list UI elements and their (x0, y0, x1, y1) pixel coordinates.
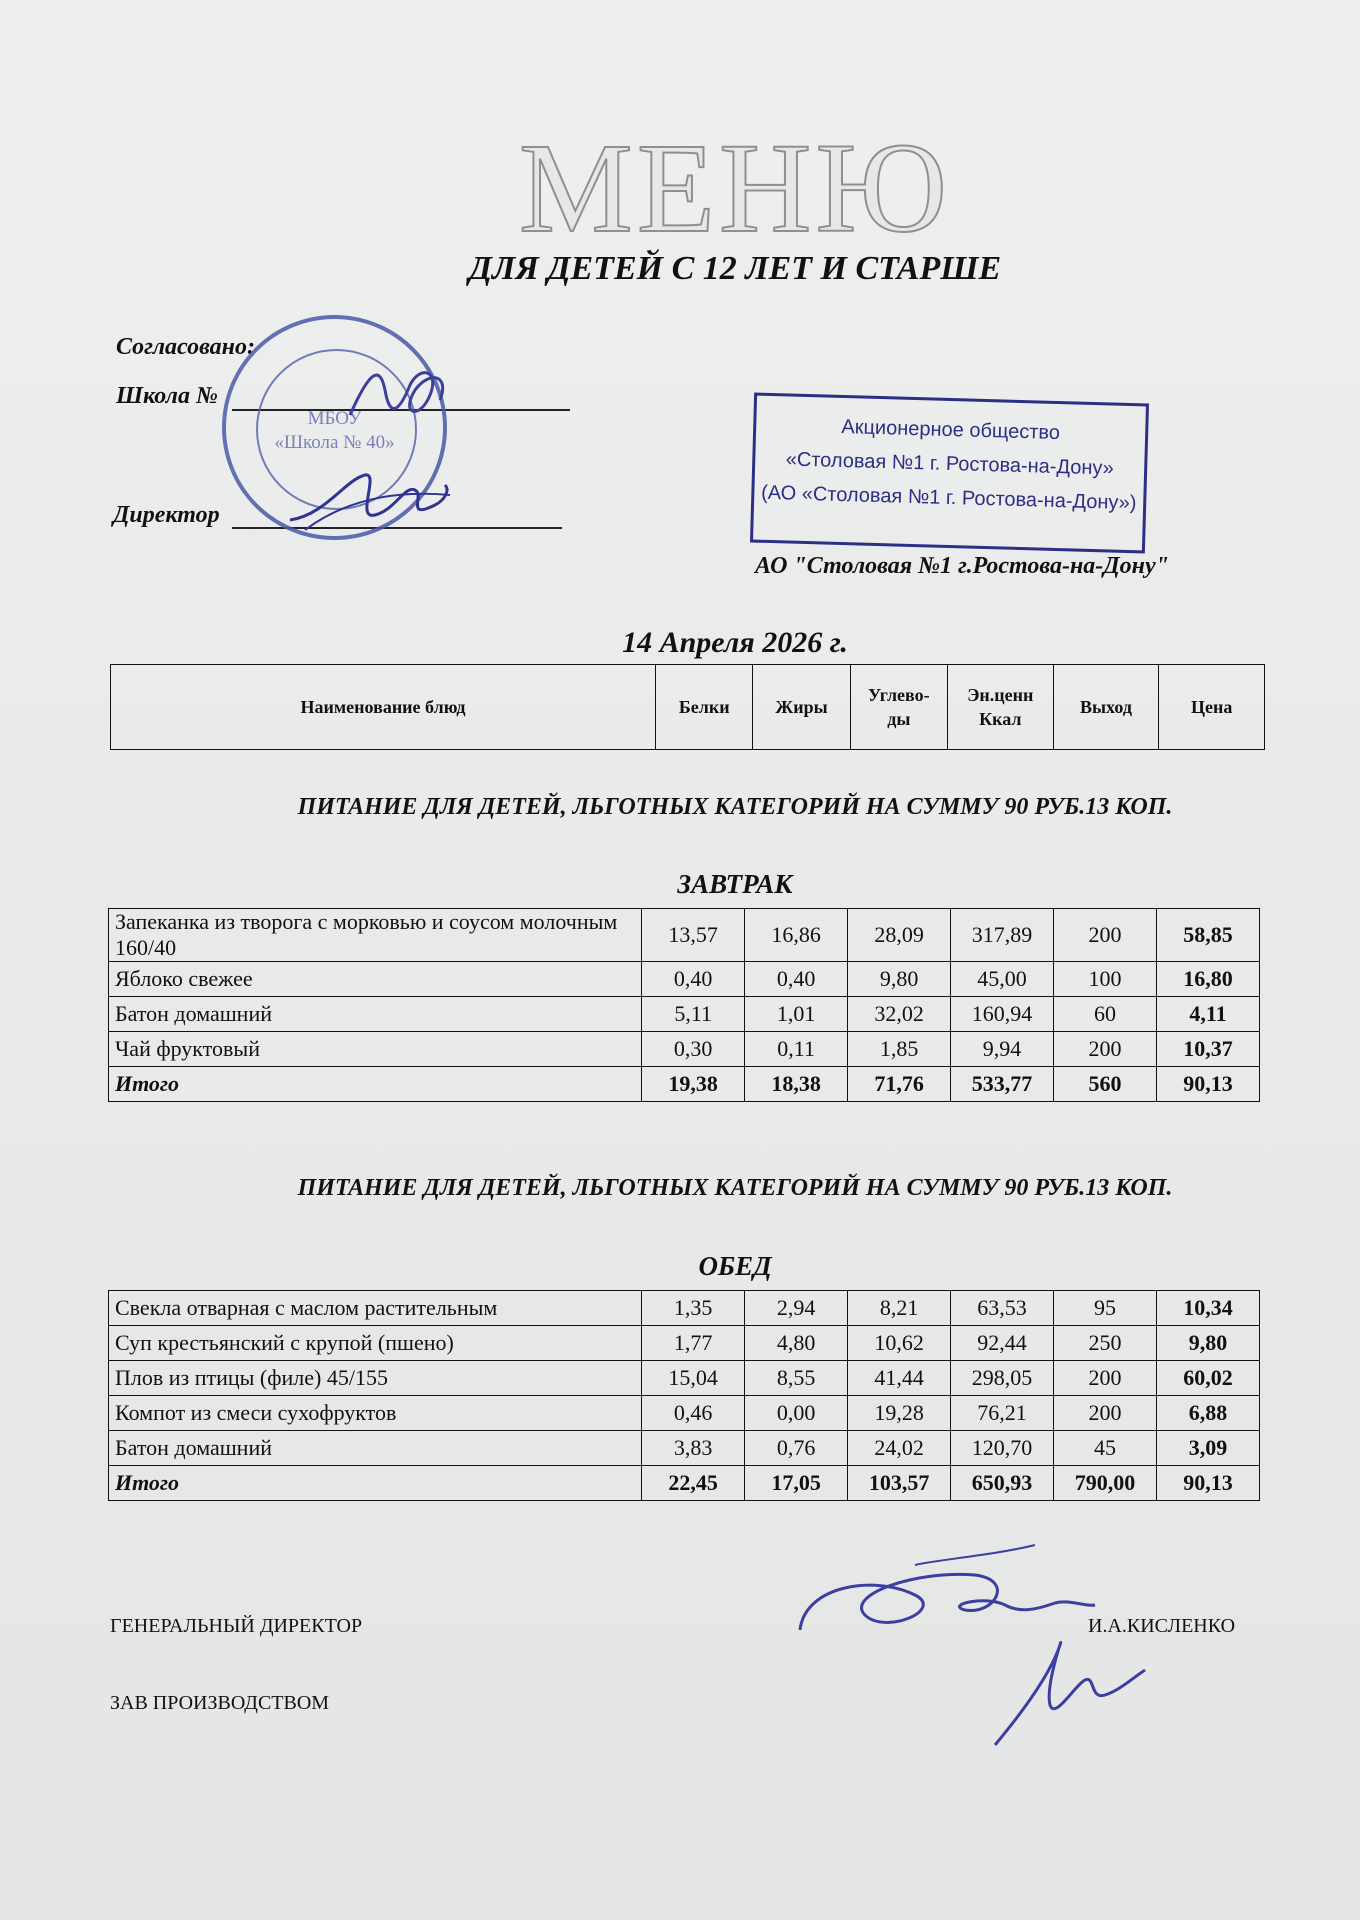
cell-fat: 16,86 (745, 909, 848, 962)
school-signature-icon (340, 360, 460, 430)
col-kcal: Эн.ценн Ккал (947, 665, 1053, 750)
cell-fat: 4,80 (745, 1326, 848, 1361)
cell-price: 90,13 (1156, 1466, 1259, 1501)
cell-yield: 200 (1054, 1396, 1157, 1431)
dish-name: Суп крестьянский с крупой (пшено) (109, 1326, 642, 1361)
total-label: Итого (109, 1466, 642, 1501)
cell-kcal: 533,77 (951, 1067, 1054, 1102)
cell-protein: 0,40 (642, 962, 745, 997)
cell-price: 90,13 (1156, 1067, 1259, 1102)
menu-title: МЕНЮ (0, 115, 1360, 262)
column-header-table: Наименование блюд Белки Жиры Углево-ды Э… (110, 664, 1265, 750)
dish-name: Плов из птицы (филе) 45/155 (109, 1361, 642, 1396)
cell-fat: 0,40 (745, 962, 848, 997)
cell-yield: 200 (1054, 909, 1157, 962)
dish-name: Запеканка из творога с морковью и соусом… (109, 909, 642, 962)
cell-yield: 250 (1054, 1326, 1157, 1361)
cell-fat: 1,01 (745, 997, 848, 1032)
director-label: Директор (113, 502, 220, 529)
cell-yield: 60 (1054, 997, 1157, 1032)
total-row: Итого22,4517,05103,57650,93790,0090,13 (109, 1466, 1260, 1501)
total-row: Итого19,3818,3871,76533,7756090,13 (109, 1067, 1260, 1102)
cell-carbs: 9,80 (848, 962, 951, 997)
school-label: Школа № (116, 383, 218, 410)
cell-carbs: 10,62 (848, 1326, 951, 1361)
cell-yield: 790,00 (1054, 1466, 1157, 1501)
cell-carbs: 41,44 (848, 1361, 951, 1396)
table-row: Свекла отварная с маслом растительным1,3… (109, 1291, 1260, 1326)
table-row: Батон домашний5,111,0132,02160,94604,11 (109, 997, 1260, 1032)
table-row: Компот из смеси сухофруктов0,460,0019,28… (109, 1396, 1260, 1431)
cell-kcal: 298,05 (951, 1361, 1054, 1396)
col-fat: Жиры (753, 665, 850, 750)
cell-kcal: 63,53 (951, 1291, 1054, 1326)
cell-protein: 1,35 (642, 1291, 745, 1326)
col-price: Цена (1159, 665, 1265, 750)
cell-kcal: 45,00 (951, 962, 1054, 997)
table-row: Запеканка из творога с морковью и соусом… (109, 909, 1260, 962)
cell-kcal: 650,93 (951, 1466, 1054, 1501)
cell-fat: 17,05 (745, 1466, 848, 1501)
cell-fat: 0,00 (745, 1396, 848, 1431)
cell-fat: 0,76 (745, 1431, 848, 1466)
lunch-title: ОБЕД (0, 1251, 1360, 1282)
dish-name: Чай фруктовый (109, 1032, 642, 1067)
cell-protein: 5,11 (642, 997, 745, 1032)
breakfast-category-title: ПИТАНИЕ ДЛЯ ДЕТЕЙ, ЛЬГОТНЫХ КАТЕГОРИЙ НА… (0, 794, 1360, 821)
cell-price: 10,37 (1156, 1032, 1259, 1067)
cell-price: 16,80 (1156, 962, 1259, 997)
cell-carbs: 103,57 (848, 1466, 951, 1501)
cell-price: 6,88 (1156, 1396, 1259, 1431)
cell-protein: 15,04 (642, 1361, 745, 1396)
cell-kcal: 317,89 (951, 909, 1054, 962)
cell-protein: 1,77 (642, 1326, 745, 1361)
dish-name: Батон домашний (109, 1431, 642, 1466)
general-director-label: ГЕНЕРАЛЬНЫЙ ДИРЕКТОР (110, 1615, 362, 1638)
table-row: Яблоко свежее0,400,409,8045,0010016,80 (109, 962, 1260, 997)
dish-name: Яблоко свежее (109, 962, 642, 997)
table-row: Суп крестьянский с крупой (пшено)1,774,8… (109, 1326, 1260, 1361)
cell-protein: 0,46 (642, 1396, 745, 1431)
col-yield: Выход (1053, 665, 1159, 750)
cell-price: 4,11 (1156, 997, 1259, 1032)
cell-price: 10,34 (1156, 1291, 1259, 1326)
cell-yield: 560 (1054, 1067, 1157, 1102)
table-row: Батон домашний3,830,7624,02120,70453,09 (109, 1431, 1260, 1466)
cell-fat: 2,94 (745, 1291, 848, 1326)
dish-name: Свекла отварная с маслом растительным (109, 1291, 642, 1326)
cell-price: 9,80 (1156, 1326, 1259, 1361)
cell-protein: 0,30 (642, 1032, 745, 1067)
col-carbs: Углево-ды (850, 665, 947, 750)
cell-carbs: 28,09 (848, 909, 951, 962)
company-name: АО "Столовая №1 г.Ростова-на-Дону" (755, 553, 1169, 580)
cell-price: 60,02 (1156, 1361, 1259, 1396)
cell-fat: 18,38 (745, 1067, 848, 1102)
cell-kcal: 120,70 (951, 1431, 1054, 1466)
cell-protein: 19,38 (642, 1067, 745, 1102)
cell-yield: 95 (1054, 1291, 1157, 1326)
cell-carbs: 24,02 (848, 1431, 951, 1466)
cell-price: 3,09 (1156, 1431, 1259, 1466)
menu-date: 14 Апреля 2026 г. (0, 626, 1360, 660)
cell-yield: 45 (1054, 1431, 1157, 1466)
dish-name: Компот из смеси сухофруктов (109, 1396, 642, 1431)
col-dish-name: Наименование блюд (111, 665, 656, 750)
production-head-signature-icon (990, 1625, 1170, 1755)
cell-kcal: 9,94 (951, 1032, 1054, 1067)
cell-yield: 200 (1054, 1361, 1157, 1396)
menu-subtitle: ДЛЯ ДЕТЕЙ С 12 ЛЕТ И СТАРШЕ (0, 250, 1360, 288)
lunch-table: Свекла отварная с маслом растительным1,3… (108, 1290, 1260, 1501)
table-row: Чай фруктовый0,300,111,859,9420010,37 (109, 1032, 1260, 1067)
production-head-label: ЗАВ ПРОИЗВОДСТВОМ (110, 1692, 329, 1715)
cell-carbs: 8,21 (848, 1291, 951, 1326)
col-protein: Белки (656, 665, 753, 750)
cell-kcal: 160,94 (951, 997, 1054, 1032)
cell-carbs: 1,85 (848, 1032, 951, 1067)
company-stamp: Акционерное общество «Столовая №1 г. Рос… (750, 393, 1149, 554)
cell-yield: 200 (1054, 1032, 1157, 1067)
cell-carbs: 71,76 (848, 1067, 951, 1102)
cell-protein: 13,57 (642, 909, 745, 962)
lunch-category-title: ПИТАНИЕ ДЛЯ ДЕТЕЙ, ЛЬГОТНЫХ КАТЕГОРИЙ НА… (0, 1175, 1360, 1202)
cell-fat: 0,11 (745, 1032, 848, 1067)
breakfast-table: Запеканка из творога с морковью и соусом… (108, 908, 1260, 1102)
cell-kcal: 92,44 (951, 1326, 1054, 1361)
dish-name: Батон домашний (109, 997, 642, 1032)
cell-protein: 22,45 (642, 1466, 745, 1501)
director-signature-icon (285, 460, 455, 540)
cell-price: 58,85 (1156, 909, 1259, 962)
cell-carbs: 32,02 (848, 997, 951, 1032)
stamp-line-2: «Школа № 40» (226, 431, 443, 455)
cell-yield: 100 (1054, 962, 1157, 997)
cell-kcal: 76,21 (951, 1396, 1054, 1431)
cell-protein: 3,83 (642, 1431, 745, 1466)
agreed-label: Согласовано: (116, 334, 255, 361)
total-label: Итого (109, 1067, 642, 1102)
cell-carbs: 19,28 (848, 1396, 951, 1431)
cell-fat: 8,55 (745, 1361, 848, 1396)
table-row: Плов из птицы (филе) 45/15515,048,5541,4… (109, 1361, 1260, 1396)
breakfast-title: ЗАВТРАК (0, 869, 1360, 900)
